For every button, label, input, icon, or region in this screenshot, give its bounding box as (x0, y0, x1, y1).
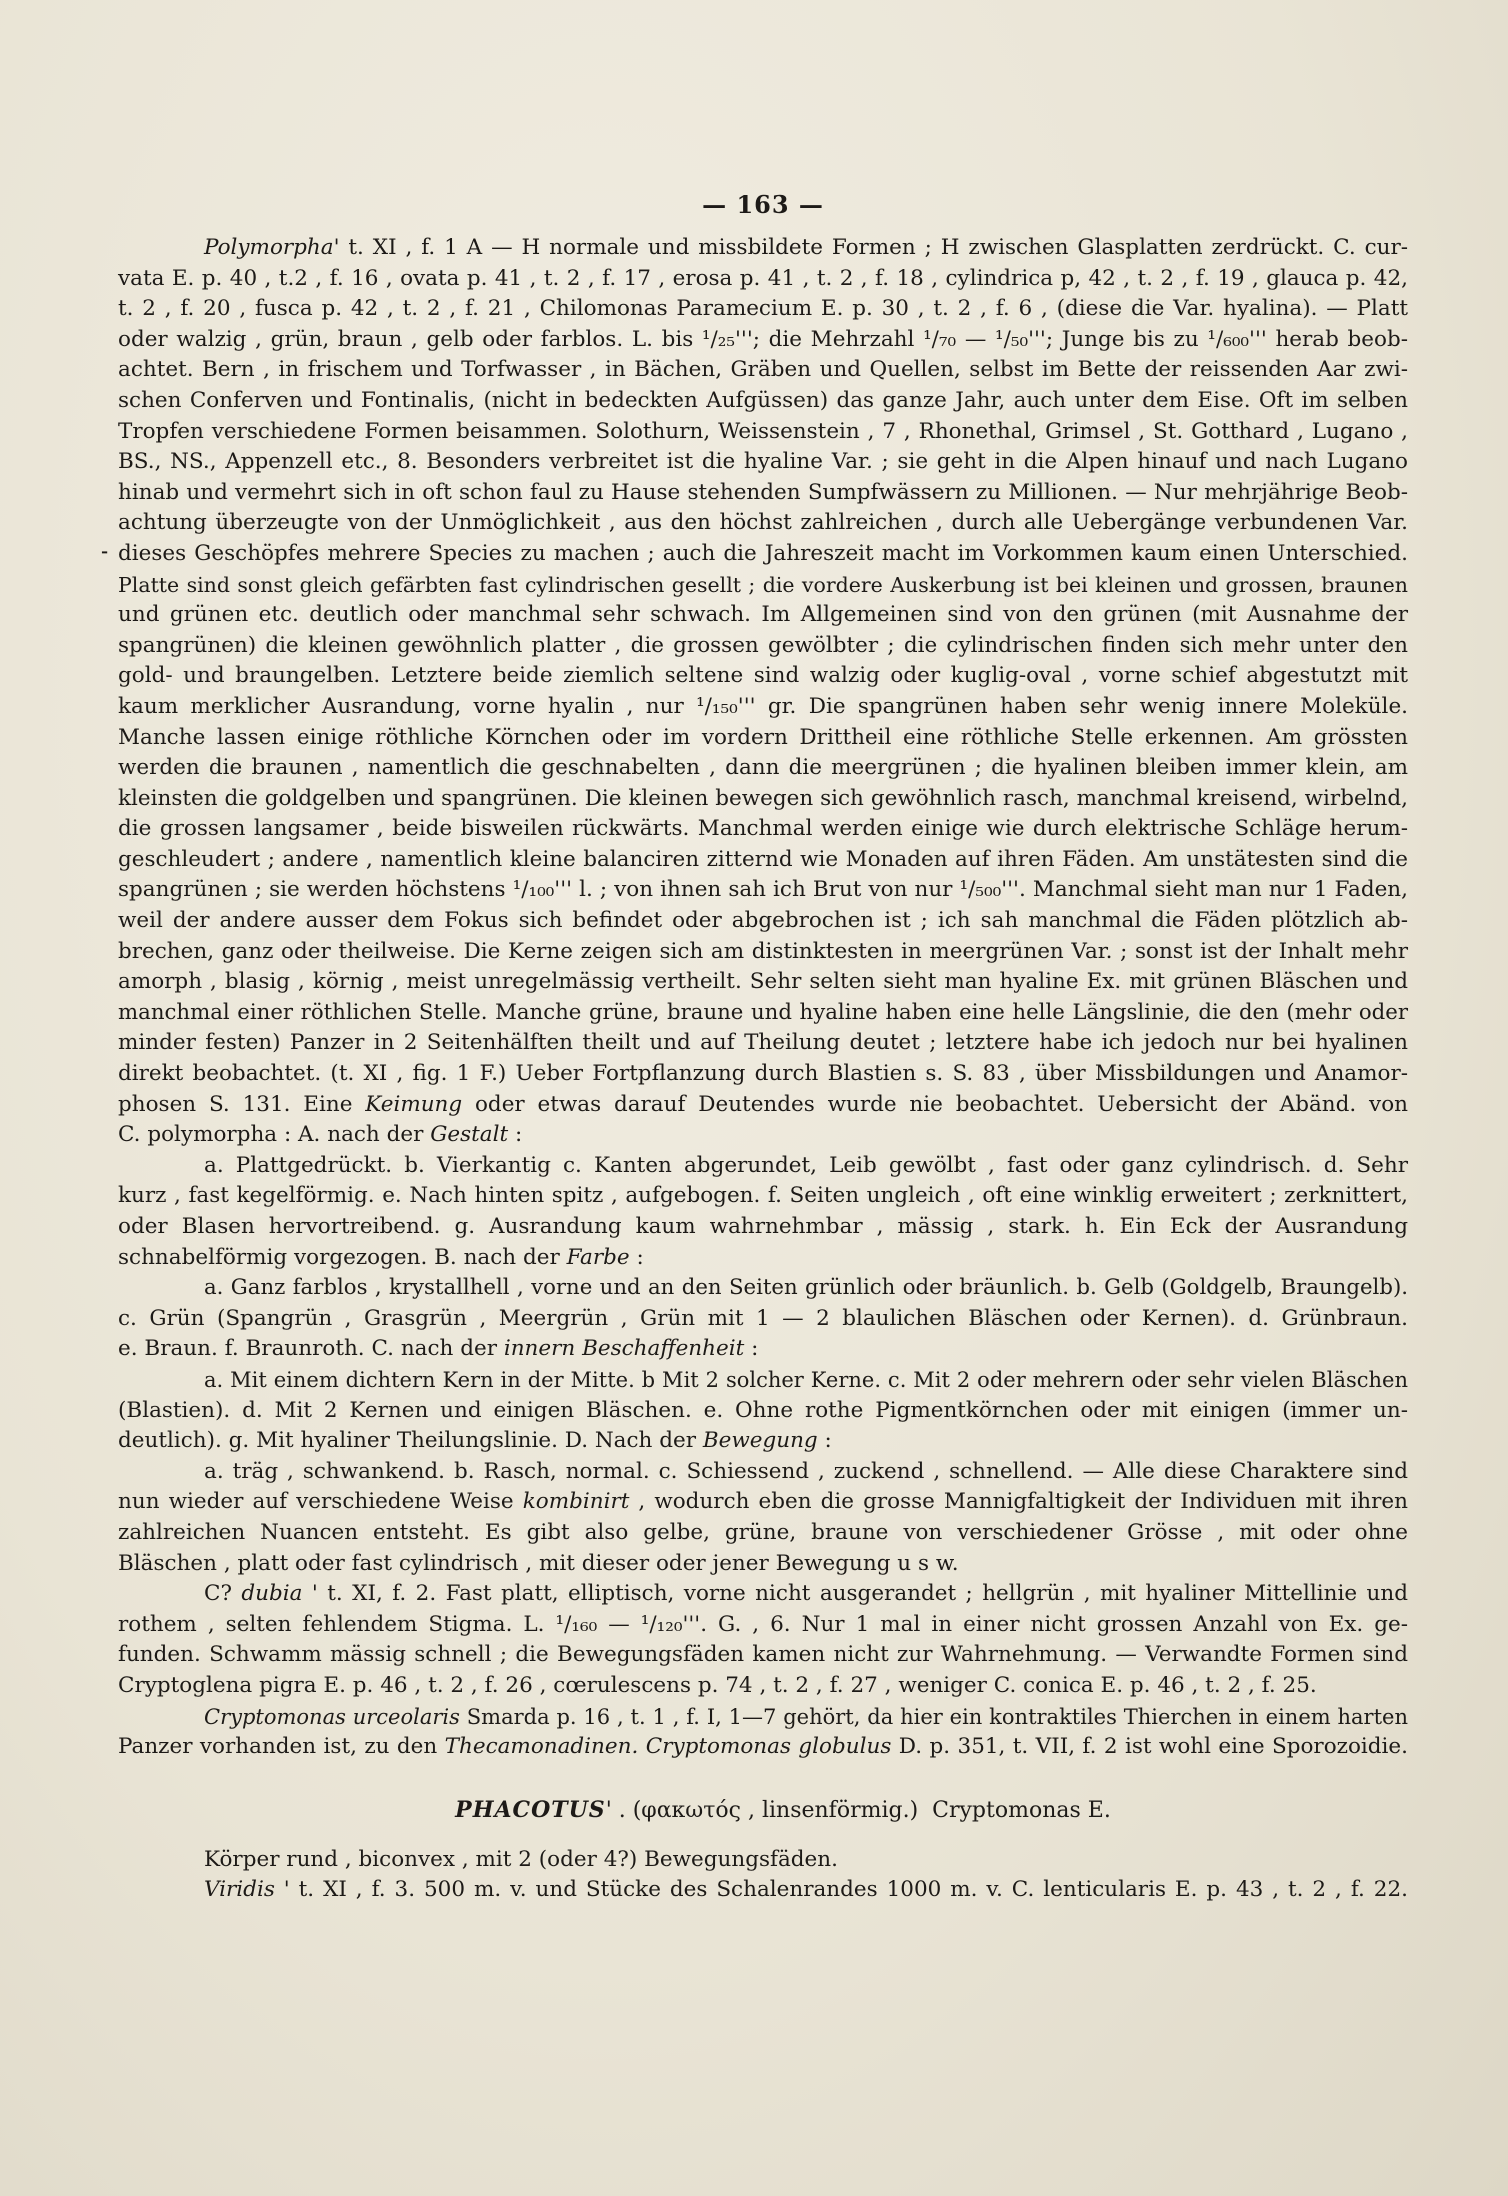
text-line: deutlich). g. Mit hyaliner Theilungslini… (118, 1426, 1408, 1457)
text-line: BS., NS., Appenzell etc., 8. Besonders v… (118, 447, 1408, 478)
text-line: c. Grün (Spangrün , Grasgrün , Meergrün … (118, 1304, 1408, 1335)
text-line: und grünen etc. deutlich oder manchmal s… (118, 600, 1408, 631)
text-line: Platte sind sonst gleich gefärbten fast … (118, 570, 1408, 601)
species-name: Polymorpha (204, 235, 334, 260)
text-line: a. Ganz farblos , krystallhell , vorne u… (118, 1273, 1408, 1304)
genus-name: PHACOTUS (455, 1797, 606, 1823)
text-line: oder walzig , grün, braun , gelb oder fa… (118, 325, 1408, 356)
genus-heading: PHACOTUS' . (φακωτός , linsenförmig.) Cr… (118, 1797, 1408, 1823)
text-line: geschleudert ; andere , namentlich klein… (118, 845, 1408, 876)
text-line: werden die braunen , namentlich die gesc… (118, 753, 1408, 784)
text-line: direkt beobachtet. (t. XI , fig. 1 F.) U… (118, 1059, 1408, 1090)
text-line: amorph , blasig , körnig , meist unregel… (118, 967, 1408, 998)
text-line: manchmal einer röthlichen Stelle. Manche… (118, 998, 1408, 1029)
text-line: rothem , selten fehlendem Stigma. L. ¹/₁… (118, 1610, 1408, 1641)
text-line: vata E. p. 40 , t.2 , f. 16 , ovata p. 4… (118, 264, 1408, 295)
text-line: Cryptoglena pigra E. p. 46 , t. 2 , f. 2… (118, 1671, 1408, 1702)
paragraph-dubia: C? dubia ' t. XI, f. 2. Fast platt, elli… (118, 1579, 1408, 1763)
text-line: Manche lassen einige röthliche Körnchen … (118, 723, 1408, 754)
text-line: e. Braun. f. Braunroth. C. nach der inne… (118, 1334, 1408, 1365)
text-line: achtung überzeugte von der Unmöglichkeit… (118, 508, 1408, 539)
text-line: hinab und vermehrt sich in oft schon fau… (118, 478, 1408, 509)
book-page: — 163 — Polymorpha' t. XI , f. 1 A — H n… (118, 190, 1408, 1906)
text-line: kaum merklicher Ausrandung, vorne hyalin… (118, 692, 1408, 723)
page-number: — 163 — (118, 190, 1408, 219)
text-line: Viridis ' t. XI , f. 3. 500 m. v. und St… (118, 1875, 1408, 1906)
text-line: Körper rund , biconvex , mit 2 (oder 4?)… (118, 1845, 1408, 1876)
text-line: Bläschen , platt oder fast cylindrisch ,… (118, 1549, 1408, 1580)
text-line: a. träg , schwankend. b. Rasch, normal. … (118, 1457, 1408, 1488)
synonym: Cryptomonas E. (932, 1798, 1111, 1823)
text-line: Panzer vorhanden ist, zu den Thecamonadi… (118, 1732, 1408, 1763)
margin-mark: ⁃ (100, 539, 109, 570)
text-line: schen Conferven und Fontinalis, (nicht i… (118, 386, 1408, 417)
text-line: a. Mit einem dichtern Kern in der Mitte.… (118, 1365, 1408, 1396)
text-line: phosen S. 131. Eine Keimung oder etwas d… (118, 1090, 1408, 1121)
text-line: nun wieder auf verschiedene Weise kombin… (118, 1487, 1408, 1518)
text-line: kleinsten die goldgelben und spangrünen.… (118, 784, 1408, 815)
text-line: funden. Schwamm mässig schnell ; die Bew… (118, 1640, 1408, 1671)
text-line: ⁃dieses Geschöpfes mehrere Species zu ma… (118, 539, 1408, 570)
text-line: zahlreichen Nuancen entsteht. Es gibt al… (118, 1518, 1408, 1549)
text-line: C. polymorpha : A. nach der Gestalt : (118, 1120, 1408, 1151)
species-name: dubia (241, 1581, 302, 1606)
species-name: Viridis (204, 1877, 275, 1902)
text-line: spangrünen ; sie werden höchstens ¹/₁₀₀'… (118, 875, 1408, 906)
text-line: weil der andere ausser dem Fokus sich be… (118, 906, 1408, 937)
text-line: a. Plattgedrückt. b. Vierkantig c. Kante… (118, 1151, 1408, 1182)
text-line: brechen, ganz oder theilweise. Die Kerne… (118, 937, 1408, 968)
text-line: gold- und braungelben. Letztere beide zi… (118, 661, 1408, 692)
paragraph-polymorpha: Polymorpha' t. XI , f. 1 A — H normale u… (118, 233, 1408, 1151)
text-line: schnabelförmig vorgezogen. B. nach der F… (118, 1243, 1408, 1274)
text-line: C? dubia ' t. XI, f. 2. Fast platt, elli… (118, 1579, 1408, 1610)
text-line: Polymorpha' t. XI , f. 1 A — H normale u… (118, 233, 1408, 264)
text-line: die grossen langsamer , beide bisweilen … (118, 814, 1408, 845)
text-line: oder Blasen hervortreibend. g. Ausrandun… (118, 1212, 1408, 1243)
text-line: t. 2 , f. 20 , fusca p. 42 , t. 2 , f. 2… (118, 294, 1408, 325)
text-line: kurz , fast kegelförmig. e. Nach hinten … (118, 1181, 1408, 1212)
text-line: minder festen) Panzer in 2 Seitenhälften… (118, 1028, 1408, 1059)
text-line: Tropfen verschiedene Formen beisammen. S… (118, 417, 1408, 448)
text-line: (Blastien). d. Mit 2 Kernen und einigen … (118, 1396, 1408, 1427)
text-line: achtet. Bern , in frischem und Torfwasse… (118, 355, 1408, 386)
text-line: spangrünen) die kleinen gewöhnlich platt… (118, 631, 1408, 662)
text-line: Cryptomonas urceolaris Smarda p. 16 , t.… (118, 1702, 1408, 1733)
species-name: Cryptomonas urceolaris (204, 1705, 460, 1729)
variations-list: a. Plattgedrückt. b. Vierkantig c. Kante… (118, 1151, 1408, 1579)
paragraph-phacotus: Körper rund , biconvex , mit 2 (oder 4?)… (118, 1845, 1408, 1906)
